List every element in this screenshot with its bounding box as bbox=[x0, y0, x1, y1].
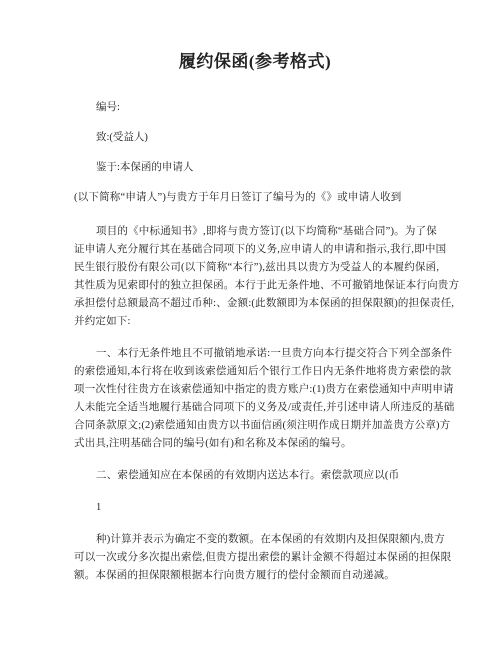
text-line: 证申请人充分履行其在基础合同项下的义务,应申请人的申请和指示,我行,即中国 bbox=[74, 241, 436, 259]
text-line: 人未能完全适当地履行基础合同项下的义务及/或责任,并引述申请人所违反的基础 bbox=[74, 399, 436, 417]
text-line: 额。本保函的担保限额根据本行向贵方履行的偿付金额而自动递减。 bbox=[74, 567, 436, 585]
text-line: 民生银行股份有限公司(以下简称“本行”),兹出具以贵方为受益人的本履约保函, bbox=[74, 259, 436, 277]
field-line: 编号: bbox=[74, 99, 436, 117]
text-line: 种)计算并表示为确定不变的数额。在本保函的有效期内及担保限额内,贵方 bbox=[74, 531, 436, 549]
field-line: 鉴于:本保函的申请人 bbox=[74, 159, 436, 177]
text-line: (以下简称“申请人”)与贵方于年月日签订了编号为的《》或申请人收到 bbox=[74, 189, 436, 207]
paragraph: 一、本行无条件地且不可撤销地承诺:一旦贵方向本行提交符合下列全部条件的索偿通知,… bbox=[74, 345, 436, 453]
text-line: 的索偿通知,本行将在收到该索偿通知后个银行工作日内无条件地将贵方索偿的款 bbox=[74, 363, 436, 381]
text-line: 项目的《中标通知书》,即将与贵方签订(以下均简称“基础合同”)。为了保 bbox=[74, 223, 436, 241]
text-line: 并约定如下: bbox=[74, 313, 436, 331]
paragraph: (以下简称“申请人”)与贵方于年月日签订了编号为的《》或申请人收到 bbox=[74, 189, 436, 207]
text-line: 项一次性付往贵方在该索偿通知中指定的贵方账户:(1)贵方在索偿通知中声明申请 bbox=[74, 381, 436, 399]
text-line: 其性质为见索即付的独立担保函。本行于此无条件地、不可撤销地保证本行向贵方 bbox=[74, 277, 436, 295]
text-line: 式出具,注明基础合同的编号(如有)和名称及本保函的编号。 bbox=[74, 435, 436, 453]
paragraph: 项目的《中标通知书》,即将与贵方签订(以下均简称“基础合同”)。为了保证申请人充… bbox=[74, 223, 436, 331]
text-line: 可以一次或分多次提出索偿,但贵方提出索偿的累计金额不得超过本保函的担保限 bbox=[74, 549, 436, 567]
text-line: 合同条款原文;(2)索偿通知由贵方以书面信函(须注明作成日期并加盖贵方公章)方 bbox=[74, 417, 436, 435]
paragraph: 种)计算并表示为确定不变的数额。在本保函的有效期内及担保限额内,贵方可以一次或分… bbox=[74, 531, 436, 585]
document-page: 履约保函(参考格式) 编号:致:(受益人)鉴于:本保函的申请人(以下简称“申请人… bbox=[0, 0, 500, 647]
text-line: 二、索偿通知应在本保函的有效期内送达本行。索偿款项应以(币 bbox=[74, 467, 436, 485]
document-body: 编号:致:(受益人)鉴于:本保函的申请人(以下简称“申请人”)与贵方于年月日签订… bbox=[74, 99, 436, 585]
text-line: 承担偿付总额最高不超过币种:、金额:(此数额即为本保函的担保限额)的担保责任, bbox=[74, 295, 436, 313]
page-number: 1 bbox=[74, 499, 436, 517]
document-title: 履约保函(参考格式) bbox=[74, 50, 436, 74]
text-line: 一、本行无条件地且不可撤销地承诺:一旦贵方向本行提交符合下列全部条件 bbox=[74, 345, 436, 363]
field-line: 致:(受益人) bbox=[74, 129, 436, 147]
paragraph: 二、索偿通知应在本保函的有效期内送达本行。索偿款项应以(币 bbox=[74, 467, 436, 485]
